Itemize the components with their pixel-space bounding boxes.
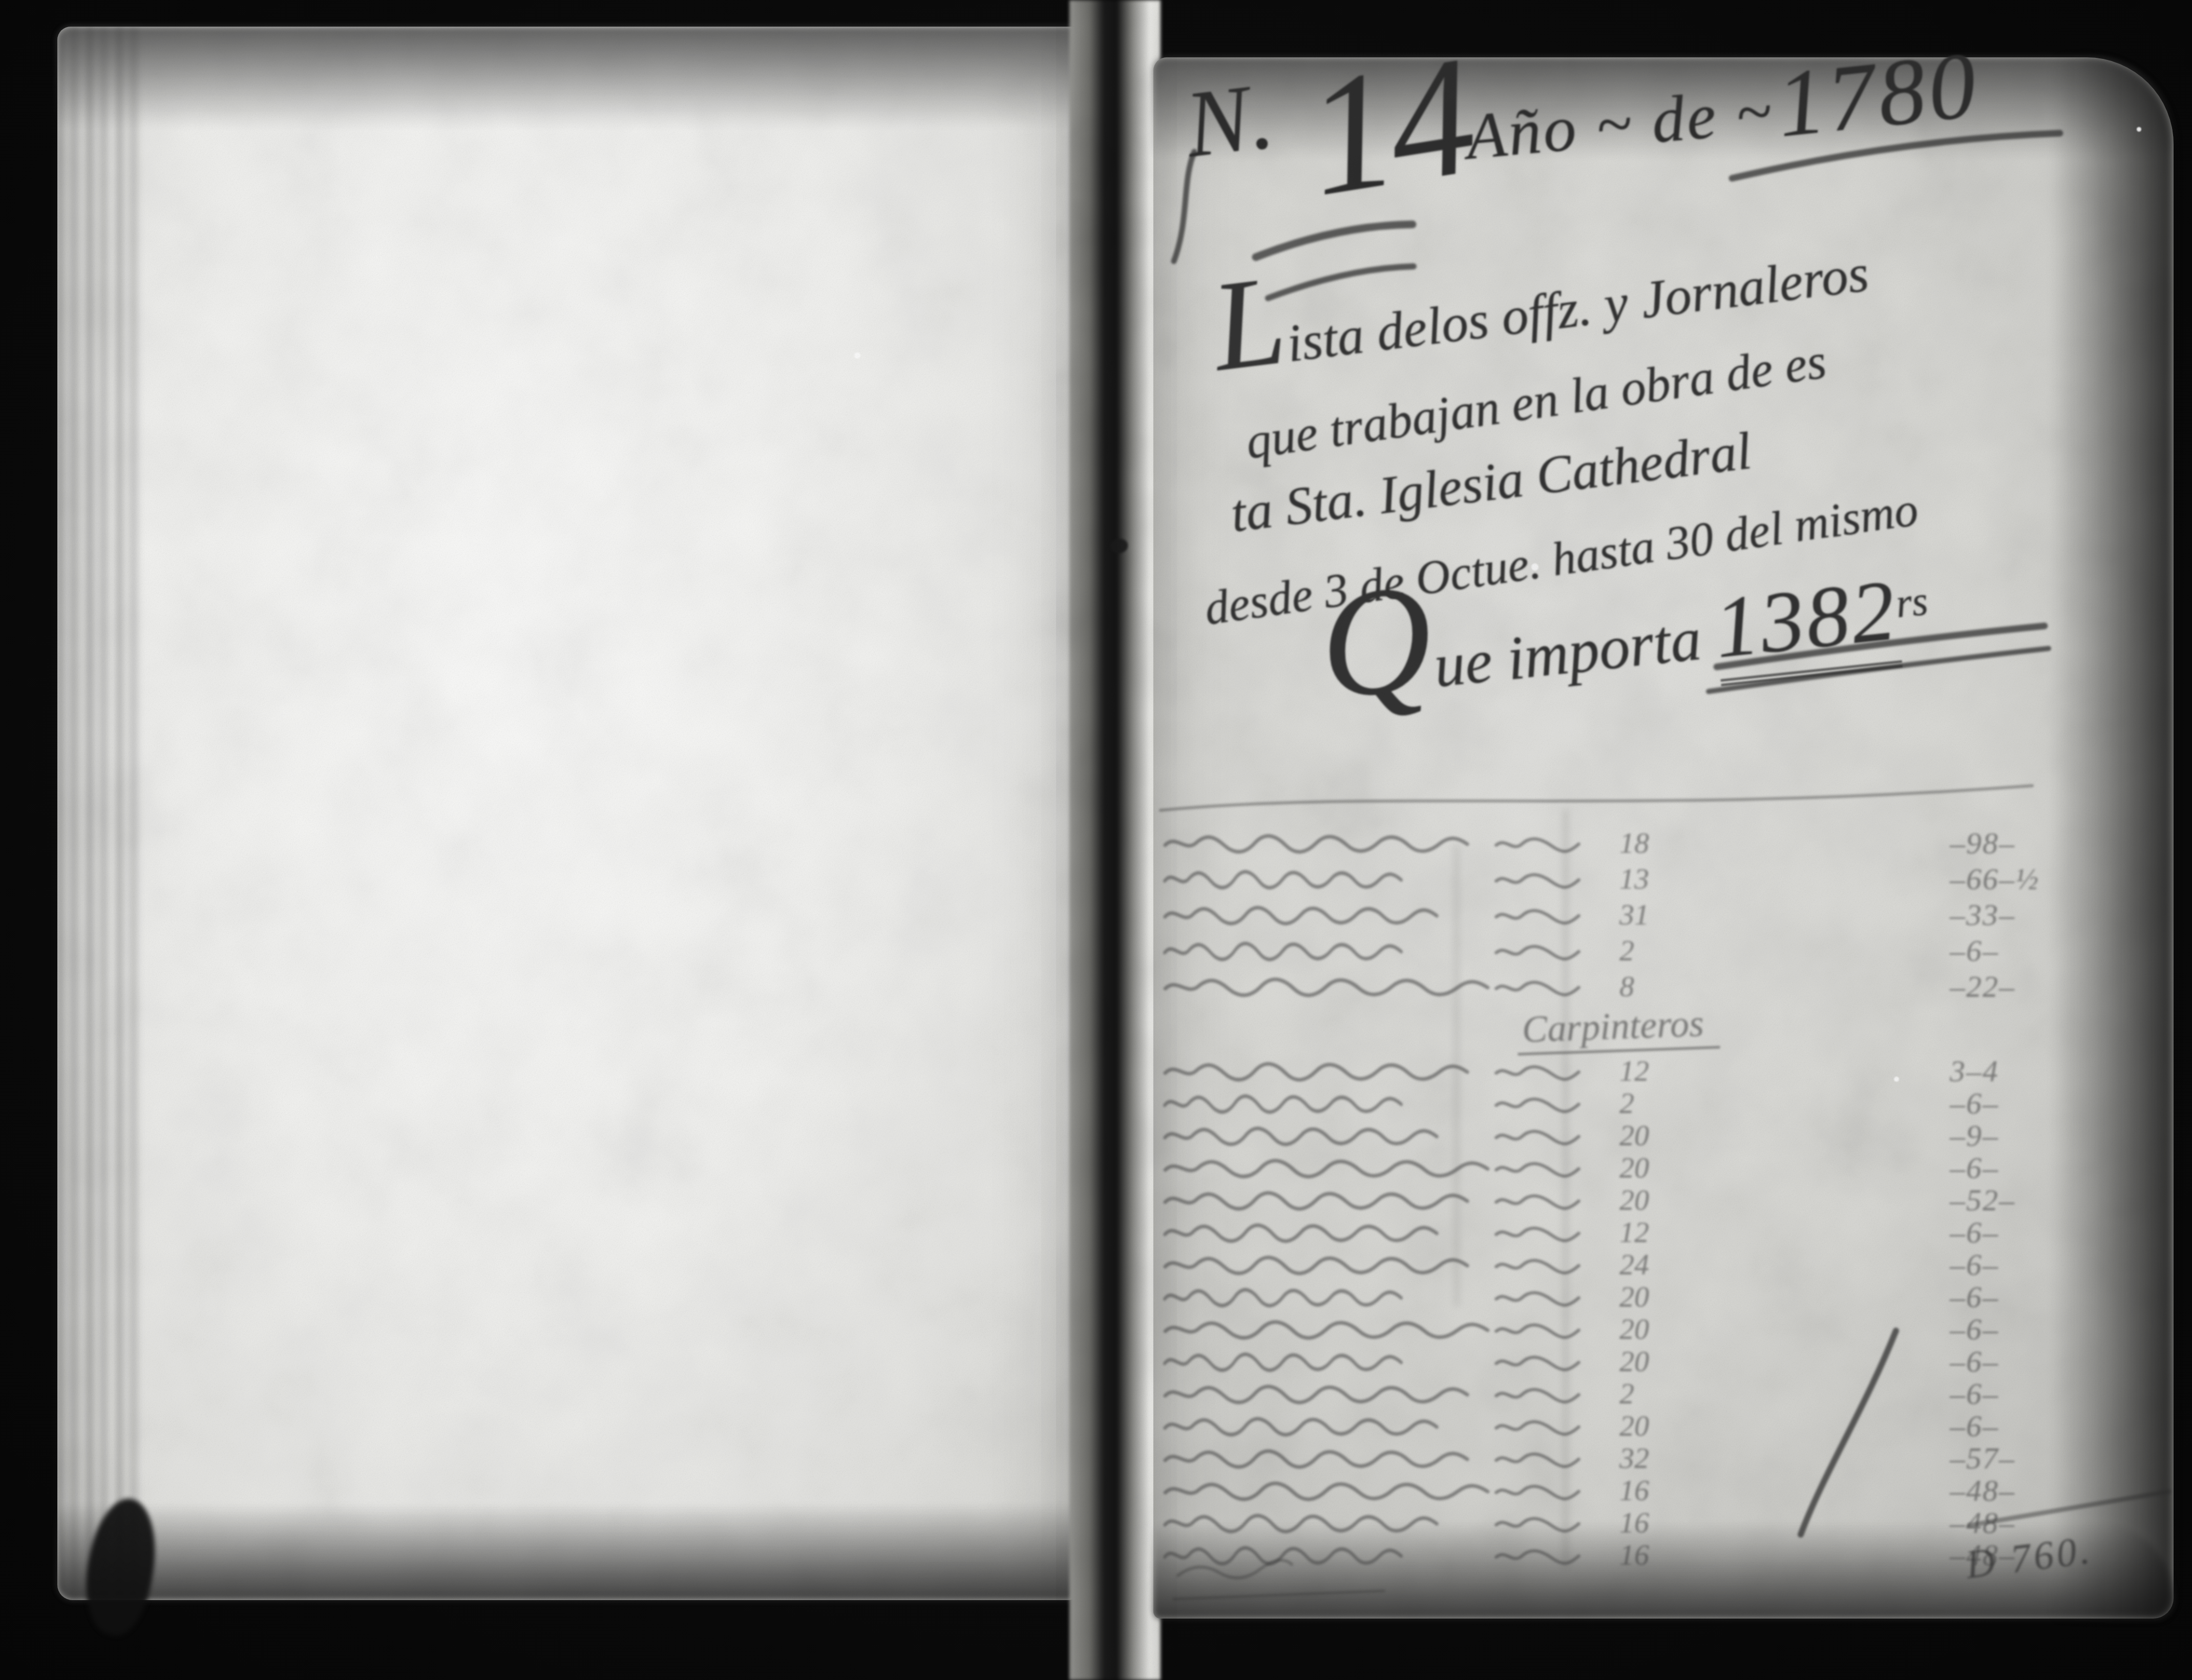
days-value: 20 (1619, 1183, 1649, 1217)
amount-value: –6– (1950, 1279, 1999, 1315)
book-gutter (1069, 0, 1161, 1680)
microfilm-frame: N. 14 Año ~ de ~ 1780 Lista delos offz. … (0, 0, 2192, 1680)
days-value: 12 (1619, 1054, 1649, 1088)
importa-line: Que importa 1382rs (1318, 556, 1933, 719)
rate-scribble (1494, 1223, 1581, 1244)
amount-value: –6– (1950, 1086, 1999, 1121)
amount-value: 3–4 (1950, 1054, 1999, 1089)
rate-scribble (1494, 1514, 1581, 1534)
illegible-name-scribble (1163, 1189, 1470, 1211)
section-header-carpinteros: Carpinteros (1516, 1001, 1720, 1056)
days-value: 16 (1619, 1505, 1649, 1540)
table-row: 16 –48– (1158, 1473, 2165, 1505)
illegible-name-scribble (1163, 904, 1439, 926)
illegible-name-scribble (1163, 939, 1403, 962)
dust-speck (2137, 127, 2141, 132)
days-value: 31 (1619, 897, 1649, 932)
days-value: 8 (1619, 969, 1634, 1003)
illegible-name-scribble (1163, 1415, 1439, 1437)
days-value: 16 (1619, 1473, 1649, 1507)
illegible-name-scribble (1163, 1318, 1490, 1340)
dust-speck (854, 352, 860, 359)
amount-value: –6– (1950, 1247, 1999, 1283)
illegible-name-scribble (1163, 1157, 1490, 1179)
rate-scribble (1494, 1255, 1581, 1276)
amount-value: –98– (1950, 826, 2015, 861)
year-1780: 1780 (1772, 30, 1984, 159)
days-value: 20 (1619, 1344, 1649, 1378)
illegible-name-scribble (1163, 1511, 1439, 1534)
folio-number: 14 (1295, 18, 1484, 235)
illegible-name-scribble (1163, 975, 1490, 998)
title-paragraph: Lista delos offz. y Jornaleros que traba… (1193, 220, 2192, 794)
table-row: 8 –22– (1158, 969, 2165, 1005)
amount-value: –22– (1950, 969, 2015, 1004)
rate-scribble (1494, 1094, 1581, 1115)
wage-table: 18 –98– 13 –66–½ 31 –33– 2 –6– 8 –22– (1158, 826, 2165, 1579)
table-row: 16 –48– (1158, 1505, 2165, 1538)
amount-value: –6– (1950, 1409, 1999, 1444)
illegible-name-scribble (1163, 868, 1403, 890)
amount-value: –33– (1950, 897, 2015, 933)
section-header-row: Carpinteros (1158, 1005, 2165, 1054)
rate-scribble (1494, 834, 1581, 854)
days-value: 16 (1619, 1538, 1649, 1572)
rate-scribble (1494, 1320, 1581, 1340)
days-value: 20 (1619, 1150, 1649, 1185)
rate-scribble (1494, 906, 1581, 926)
days-value: 20 (1619, 1118, 1649, 1152)
table-row: 32 –57– (1158, 1441, 2165, 1473)
top-shadow-band (57, 27, 1078, 129)
days-value: 20 (1619, 1409, 1649, 1443)
illegible-name-scribble (1163, 1447, 1470, 1469)
left-page (57, 27, 1078, 1600)
bottom-shadow-band (57, 1503, 1078, 1600)
illegible-name-scribble (1163, 832, 1470, 854)
amount-value: –6– (1950, 1312, 1999, 1347)
days-value: 20 (1619, 1279, 1649, 1314)
days-value: 2 (1619, 1376, 1634, 1411)
illegible-name-scribble (1163, 1544, 1403, 1566)
rate-scribble (1494, 1159, 1581, 1179)
amount-value: –66–½ (1950, 862, 2039, 897)
table-row: 20 –6– (1158, 1344, 2165, 1376)
table-row: 2 –6– (1158, 1376, 2165, 1409)
table-row: 13 –66–½ (1158, 862, 2165, 897)
days-value: 32 (1619, 1441, 1649, 1475)
amount-value: –6– (1950, 1150, 1999, 1186)
table-row: 20 –52– (1158, 1183, 2165, 1215)
table-row: 2 –6– (1158, 933, 2165, 969)
days-value: 2 (1619, 933, 1634, 968)
table-row: 20 –6– (1158, 1150, 2165, 1183)
amount-value: –52– (1950, 1183, 2015, 1218)
table-row: 20 –9– (1158, 1118, 2165, 1150)
table-row: 20 –6– (1158, 1279, 2165, 1312)
importa-amount: 1382 (1710, 561, 1903, 686)
rate-scribble (1494, 1191, 1581, 1211)
illegible-name-scribble (1163, 1124, 1439, 1147)
table-row: 31 –33– (1158, 897, 2165, 933)
rate-scribble (1494, 1546, 1581, 1566)
days-value: 2 (1619, 1086, 1634, 1120)
amount-value: –6– (1950, 1376, 1999, 1412)
amount-value: –48– (1950, 1473, 2015, 1508)
days-value: 20 (1619, 1312, 1649, 1346)
illegible-name-scribble (1163, 1060, 1470, 1082)
amount-value: –6– (1950, 1215, 1999, 1250)
rate-scribble (1494, 1449, 1581, 1469)
rate-scribble (1494, 1126, 1581, 1147)
illegible-name-scribble (1163, 1221, 1439, 1244)
illegible-name-scribble (1163, 1350, 1403, 1373)
days-value: 13 (1619, 862, 1649, 896)
rate-scribble (1494, 1384, 1581, 1405)
amount-value: –57– (1950, 1441, 2015, 1476)
table-row: 12 –6– (1158, 1215, 2165, 1247)
table-row: 24 –6– (1158, 1247, 2165, 1279)
rate-scribble (1494, 1288, 1581, 1308)
rate-scribble (1494, 1481, 1581, 1502)
rate-scribble (1494, 1352, 1581, 1373)
table-row: 20 –6– (1158, 1312, 2165, 1344)
rate-scribble (1494, 941, 1581, 962)
days-value: 18 (1619, 826, 1649, 860)
amount-value: –6– (1950, 933, 1999, 969)
rate-scribble (1494, 870, 1581, 890)
illegible-name-scribble (1163, 1382, 1470, 1405)
amount-value: –6– (1950, 1344, 1999, 1379)
table-row: 20 –6– (1158, 1409, 2165, 1441)
importa-unit: rs (1893, 578, 1930, 626)
table-row: 12 3–4 (1158, 1054, 2165, 1086)
illegible-name-scribble (1163, 1479, 1490, 1502)
folio-n-label: N. (1180, 60, 1279, 179)
illegible-name-scribble (1163, 1253, 1470, 1276)
importa-label: Que importa (1320, 603, 1720, 712)
book-edge-stripes (57, 27, 144, 1600)
illegible-name-scribble (1163, 1092, 1403, 1115)
illegible-name-scribble (1163, 1286, 1403, 1308)
days-value: 24 (1619, 1247, 1649, 1282)
rate-scribble (1494, 1417, 1581, 1437)
table-row: 18 –98– (1158, 826, 2165, 862)
days-value: 12 (1619, 1215, 1649, 1249)
table-row: 2 –6– (1158, 1086, 2165, 1118)
rate-scribble (1494, 1062, 1581, 1082)
rate-scribble (1494, 977, 1581, 998)
amount-value: –48– (1950, 1505, 2015, 1541)
amount-value: –9– (1950, 1118, 1999, 1153)
